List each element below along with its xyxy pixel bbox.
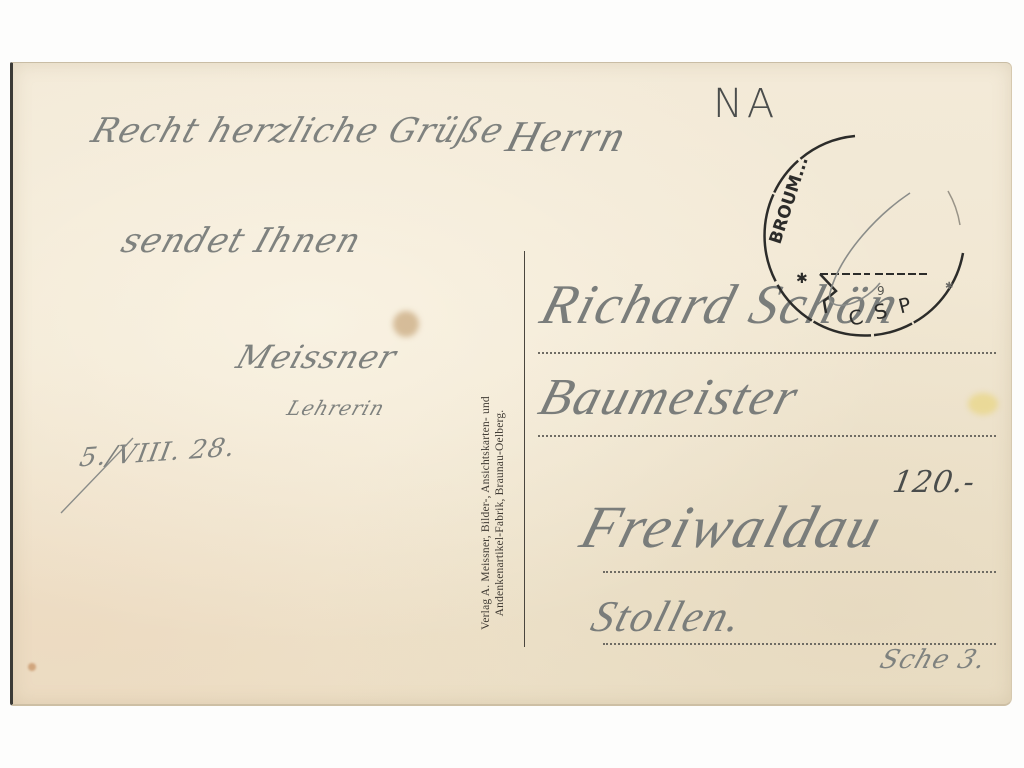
postmark-stamp: BROUM... ✱ ✱ C S P 9 (760, 133, 966, 339)
message-signature: Meissner (232, 338, 402, 376)
center-divider (524, 251, 525, 647)
svg-text:BROUM...: BROUM... (766, 154, 813, 246)
postmark-star-icon: ✱ (796, 271, 808, 287)
message-signature-sub: Lehrerin (284, 396, 388, 420)
annotation-na: NA (713, 81, 778, 127)
date-slash-stroke (53, 433, 143, 523)
imprint-line-1: Verlag A. Meissner, Bilder-, Ansichtskar… (479, 313, 493, 706)
address-line-1 (538, 352, 996, 354)
address-city: Freiwaldau (573, 493, 891, 562)
annotation-bottom-right: Sche 3. (876, 645, 990, 675)
annotation-price: 120.- (890, 465, 978, 500)
message-line-2: sendet Ihnen (117, 221, 367, 261)
address-line-3 (603, 571, 996, 573)
message-line-1: Recht herzliche Grüße (87, 111, 510, 151)
publisher-imprint: Verlag A. Meissner, Bilder-, Ansichtskar… (479, 313, 507, 706)
address-street: Stollen. (586, 591, 750, 642)
address-salutation: Herrn (501, 111, 633, 162)
stain-yellow (968, 393, 998, 415)
imprint-line-2: Andenkenartikel-Fabrik, Braunau-Oelberg. (493, 313, 507, 706)
postmark-town-text: BROUM... (766, 154, 813, 246)
scan-background: Recht herzliche Grüße sendet Ihnen Meiss… (0, 0, 1024, 768)
stain-brown (393, 311, 419, 337)
postcard: Recht herzliche Grüße sendet Ihnen Meiss… (10, 62, 1012, 706)
postmark-star-icon-right: ✱ (945, 281, 953, 292)
stain-small (28, 663, 36, 671)
address-line-2 (538, 435, 996, 437)
address-title: Baumeister (533, 368, 807, 427)
